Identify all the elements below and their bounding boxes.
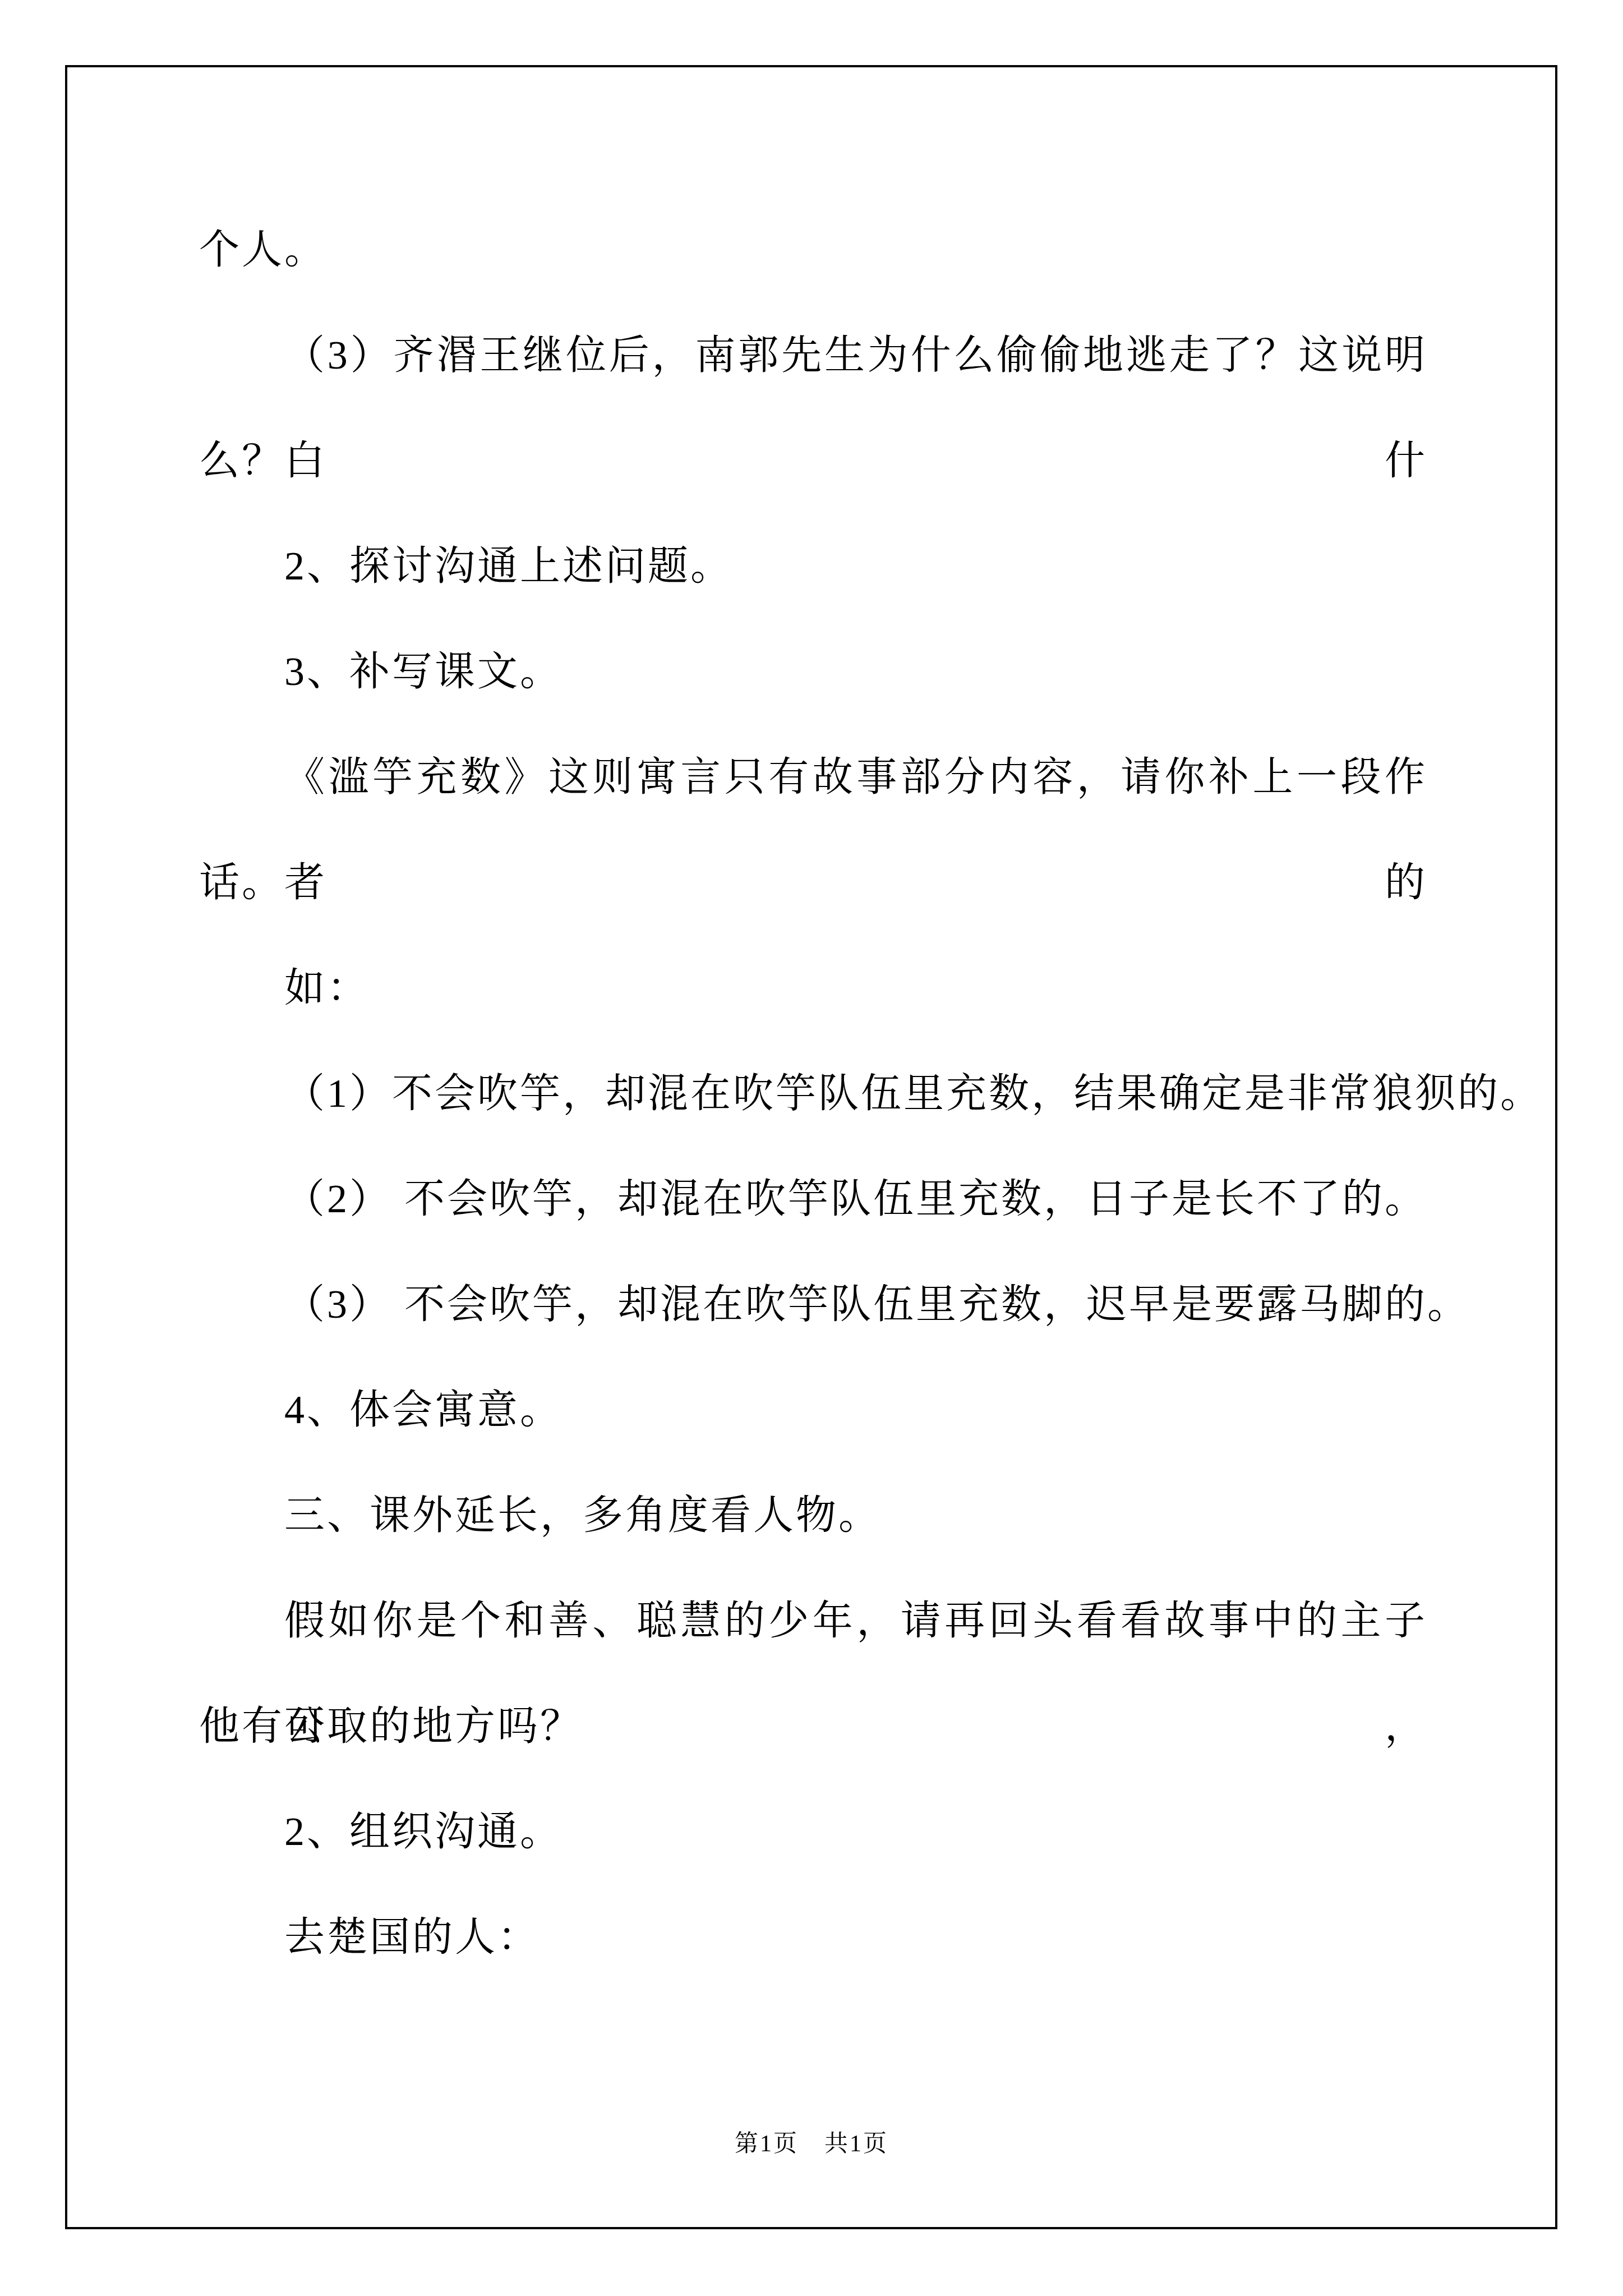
- text-line: 去楚国的人：: [199, 1884, 1427, 1990]
- text-line: 《滥竽充数》这则寓言只有故事部分内容，请你补上一段作者的: [199, 724, 1427, 830]
- text-line: 3、补写课文。: [199, 619, 1427, 724]
- text-line: 2、组织沟通。: [199, 1779, 1427, 1884]
- text-line: （3） 不会吹竽，却混在吹竽队伍里充数，迟早是要露马脚的。: [199, 1251, 1427, 1357]
- text-line: 三、课外延长，多角度看人物。: [199, 1462, 1427, 1568]
- text-line: 如：: [199, 935, 1427, 1041]
- text-line: （2） 不会吹竽，却混在吹竽队伍里充数，日子是长不了的。: [199, 1146, 1427, 1251]
- text-line: 假如你是个和善、聪慧的少年，请再回头看看故事中的主子公，: [199, 1568, 1427, 1673]
- text-line: 2、探讨沟通上述问题。: [199, 513, 1427, 619]
- text-line: 个人。: [199, 197, 1427, 302]
- document-text: 个人。（3）齐湣王继位后，南郭先生为什么偷偷地逃走了？这说明白什么？2、探讨沟通…: [199, 197, 1427, 1990]
- text-line: 4、体会寓意。: [199, 1357, 1427, 1462]
- page-count: 共1页: [824, 2131, 888, 2157]
- text-line: （3）齐湣王继位后，南郭先生为什么偷偷地逃走了？这说明白什: [199, 302, 1427, 408]
- text-line: （1）不会吹竽，却混在吹竽队伍里充数，结果确定是非常狼狈的。: [199, 1041, 1427, 1146]
- page: 个人。（3）齐湣王继位后，南郭先生为什么偷偷地逃走了？这说明白什么？2、探讨沟通…: [0, 0, 1623, 2296]
- page-footer: 第1页共1页: [0, 2122, 1623, 2166]
- page-number: 第1页: [735, 2131, 799, 2157]
